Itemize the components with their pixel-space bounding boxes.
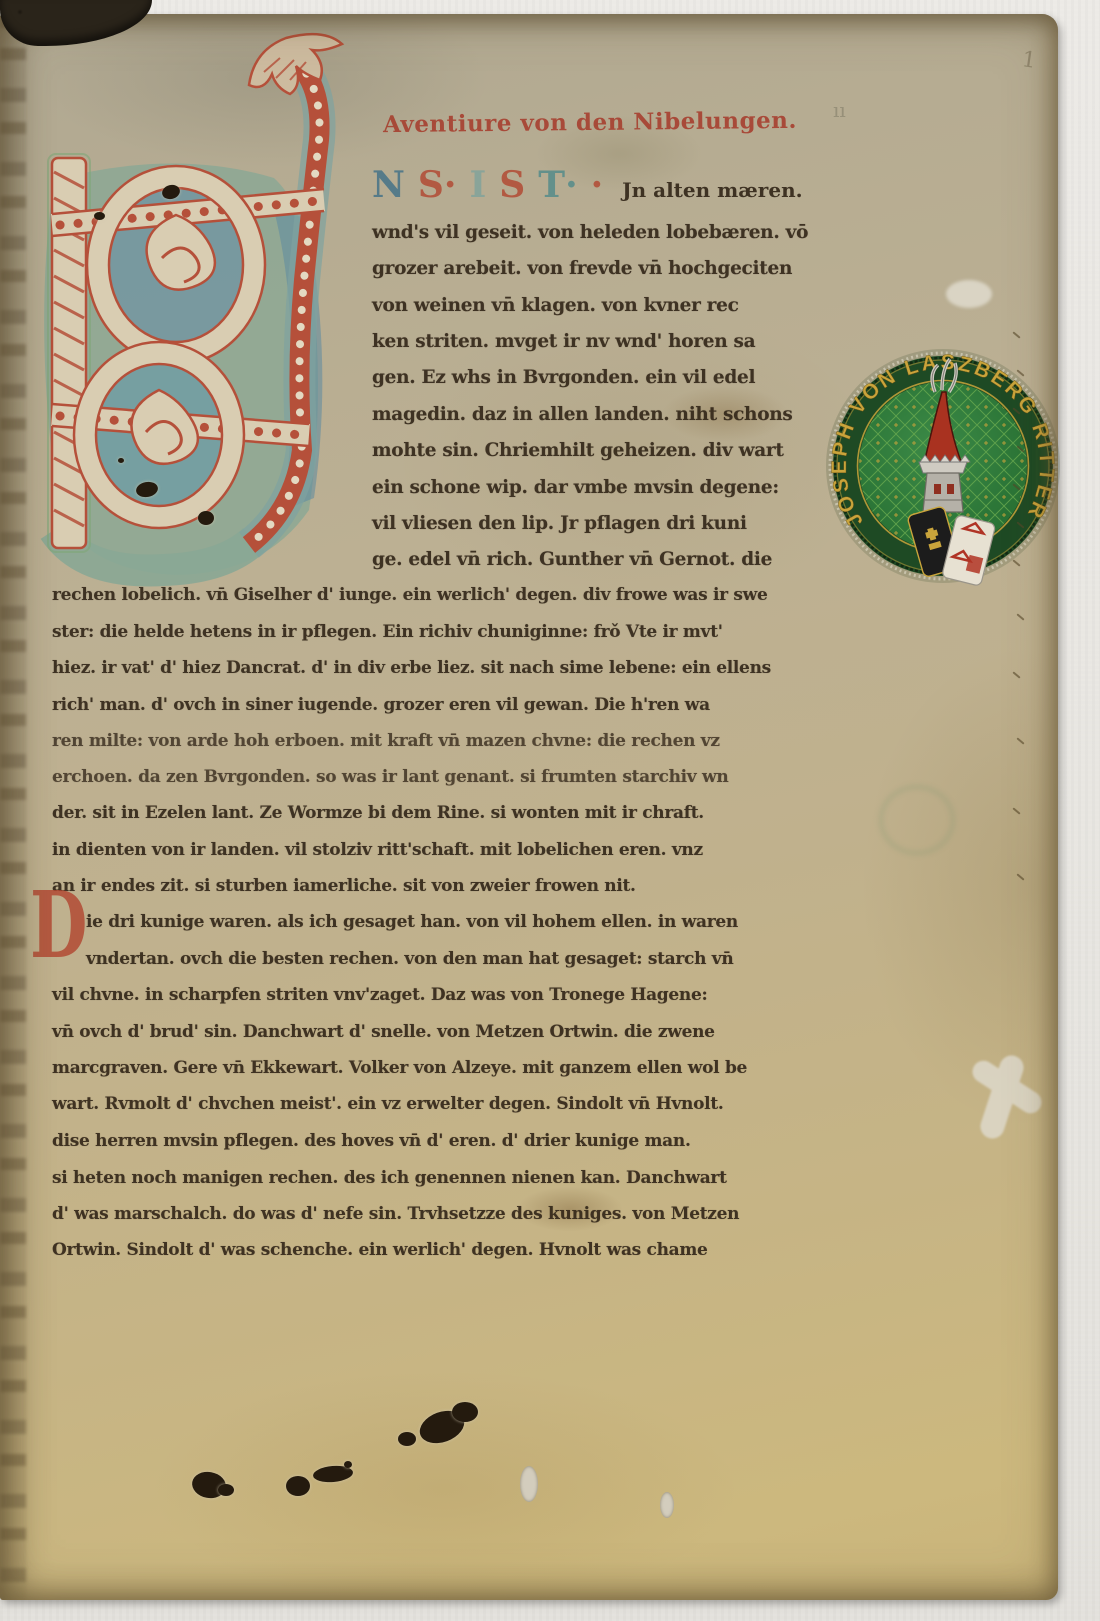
text-line: vil chvne. in scharpfen striten vnv'zage…: [52, 985, 707, 1005]
text-line: ge. edel vn̄ rich. Gunther vn̄ Gernot. d…: [372, 549, 772, 570]
text-line: si heten noch manigen rechen. des ich ge…: [52, 1168, 727, 1188]
stitch-mark: [1016, 613, 1024, 620]
repair-patch: [950, 1024, 1060, 1154]
stitch-mark: [1016, 737, 1024, 744]
text-line: vndertan. ovch die besten rechen. von de…: [86, 949, 733, 969]
stitch-mark: [1016, 873, 1024, 880]
stitch-mark: [1012, 331, 1020, 338]
text-line: ren milte: von arde hoh erboen. mit kraf…: [52, 731, 720, 751]
capital-letter: S·: [418, 164, 457, 206]
stitch-mark: [1012, 807, 1020, 814]
text-line: gen. Ez whs in Bvrgonden. ein vil edel: [372, 367, 755, 388]
opening-text: Jn alten mæren.: [622, 178, 802, 202]
capital-letter: T·: [538, 164, 577, 206]
text-line: dise herren mvsin pflegen. des hoves vn̄…: [52, 1131, 691, 1151]
text-line: vil vliesen den lip. Jr pflagen dri kuni: [372, 513, 747, 534]
offset-smudge: [878, 784, 956, 856]
text-line: d' was marschalch. do was d' nefe sin. T…: [52, 1204, 739, 1224]
text-line: wnd's vil geseit. von heleden lobebæren.…: [372, 222, 808, 243]
capital-letter: S: [499, 164, 525, 206]
text-line: rich' man. d' ovch in siner iugende. gro…: [52, 695, 710, 715]
opening-capitals: N S· I S T· · Jn alten mæren.: [372, 164, 803, 206]
text-line: ster: die helde hetens in ir pflegen. Ei…: [52, 622, 723, 642]
wormhole: [218, 1484, 234, 1496]
wormhole: [398, 1432, 416, 1446]
flaw-hole: [660, 1492, 674, 1518]
text-line: der. sit in Ezelen lant. Ze Wormze bi de…: [52, 803, 704, 823]
text-line: ein schone wip. dar vmbe mvsin degene:: [372, 477, 779, 498]
pencil-mark: ıı: [833, 98, 846, 122]
laszberg-bookplate-stamp: JOSEPH VON LASZBERG RITTER: [815, 344, 1071, 588]
text-line: ken striten. mvget ir nv wnd' horen sa: [372, 331, 755, 352]
text-line: von weinen vn̄ klagen. von kvner rec: [372, 295, 739, 316]
rubric-heading: Aventiure von den Nibelungen.: [383, 107, 797, 138]
text-line: in dienten von ir landen. vil stolziv ri…: [52, 840, 703, 860]
wormhole: [344, 1461, 352, 1468]
binding-edge: [0, 14, 26, 1600]
wormhole: [286, 1476, 310, 1496]
flaw-hole: [520, 1466, 538, 1502]
capital-letter: N: [372, 164, 405, 206]
text-line: vn̄ ovch d' brud' sin. Danchwart d' snel…: [52, 1022, 715, 1042]
capital-letter: I: [469, 164, 486, 206]
drop-cap-D: D: [30, 886, 87, 964]
text-line: Ortwin. Sindolt d' was schenche. ein wer…: [52, 1240, 708, 1260]
wormhole: [452, 1402, 478, 1422]
folio-number: 1: [1020, 47, 1037, 74]
text-line: magedin. daz in allen landen. niht schon…: [372, 404, 793, 425]
text-line: an ir endes zit. si sturben iamerliche. …: [52, 876, 636, 896]
text-line: wart. Rvmolt d' chvchen meist'. ein vz e…: [52, 1094, 724, 1114]
wormhole: [198, 511, 214, 525]
text-line: marcgraven. Gere vn̄ Ekkewart. Volker vo…: [52, 1058, 747, 1078]
wormhole: [118, 458, 124, 463]
tower: [923, 473, 963, 512]
capital-letter: ·: [591, 164, 604, 206]
text-line: erchoen. da zen Bvrgonden. so was ir lan…: [52, 767, 728, 787]
text-line: ie dri kunige waren. als ich gesaget han…: [86, 912, 738, 932]
text-line: mohte sin. Chriemhilt geheizen. div wart: [372, 440, 784, 461]
decorated-initial-U: [24, 30, 354, 590]
text-line: grozer arebeit. von frevde vn̄ hochgecit…: [372, 258, 792, 279]
text-line: hiez. ir vat' d' hiez Dancrat. d' in div…: [52, 658, 771, 678]
stitch-mark: [1012, 671, 1020, 678]
text-line: rechen lobelich. vn̄ Giselher d' iunge. …: [52, 585, 768, 605]
flaw-spot: [946, 280, 992, 308]
manuscript-scan: { "rubric": { "text": "Aventiure von den…: [0, 0, 1100, 1621]
manuscript-page: Aventiure von den Nibelungen. N S· I S T…: [0, 14, 1058, 1600]
wormhole: [94, 212, 105, 220]
